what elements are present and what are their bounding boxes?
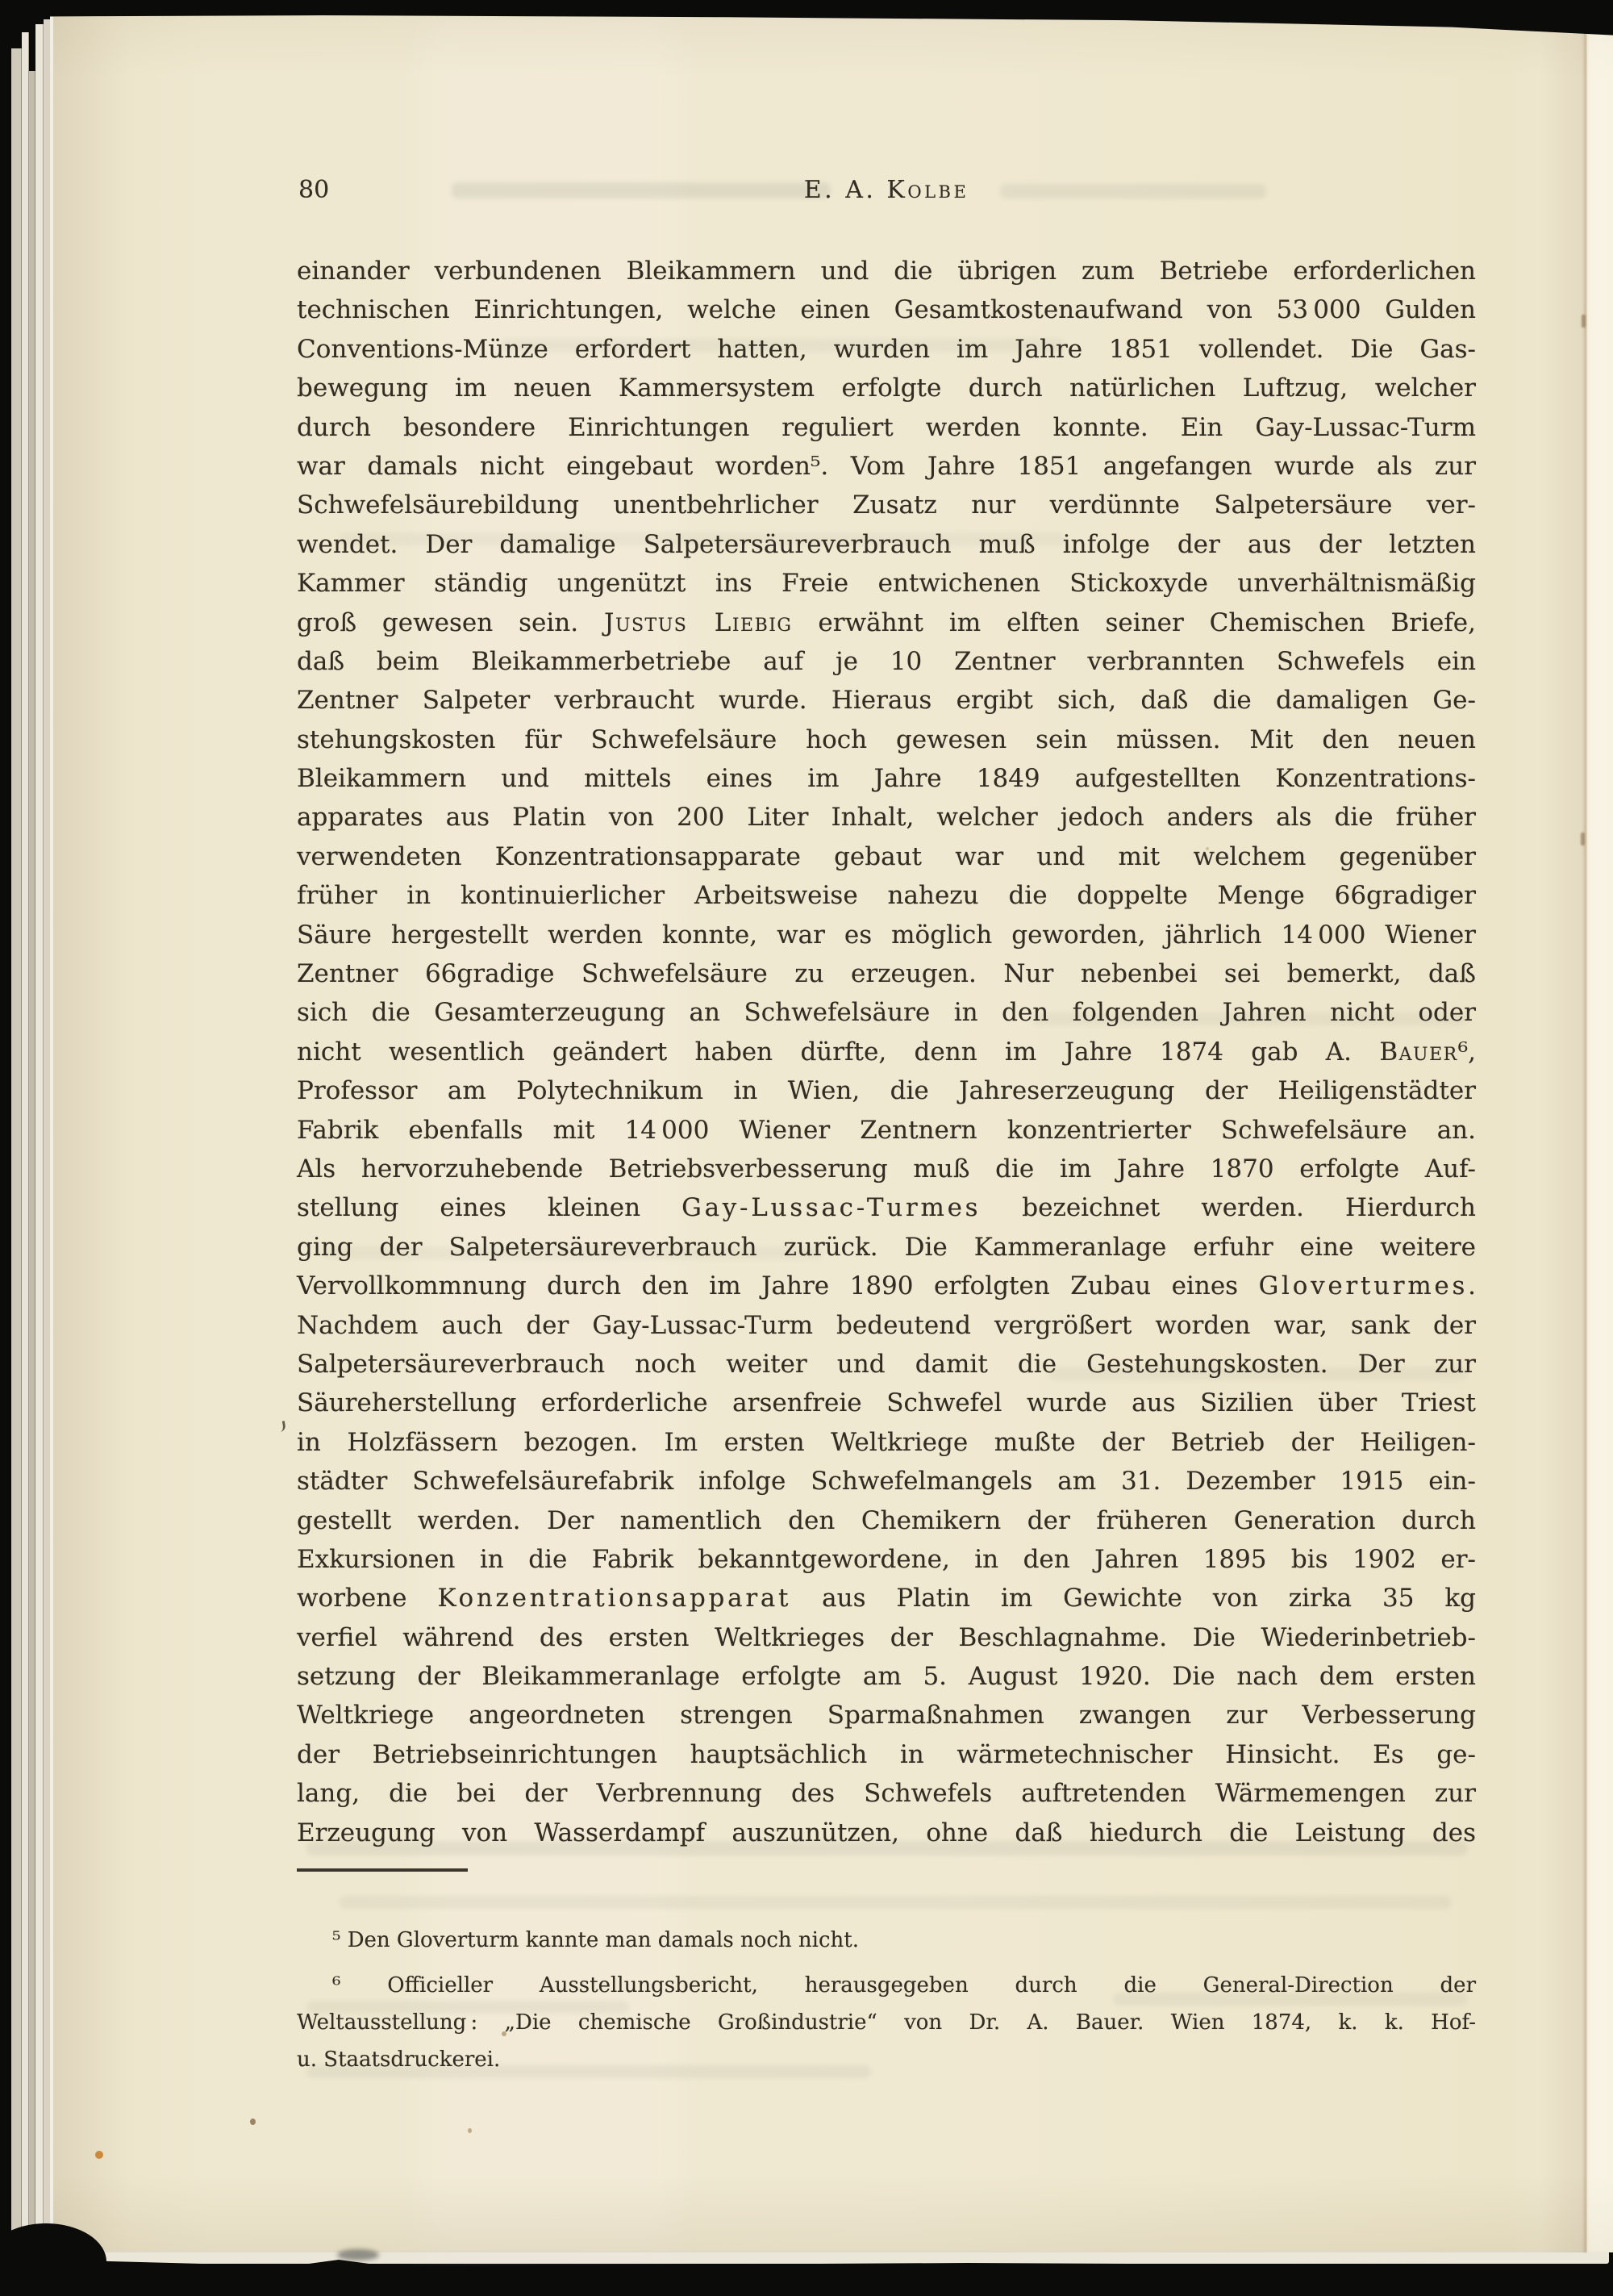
text-line: in Holzfässern bezogen. Im ersten Weltkr… — [297, 1423, 1476, 1462]
text-line: einander verbundenen Bleikammern und die… — [297, 252, 1476, 290]
text-line: Erzeugung von Wasserdampf auszunützen, o… — [297, 1814, 1476, 1852]
text-line: gestellt werden. Der namentlich den Chem… — [297, 1501, 1476, 1540]
text-line: Zentner Salpeter verbraucht wurde. Hiera… — [297, 681, 1476, 720]
gutter-highlight — [1587, 10, 1613, 2252]
foxing-speck — [95, 2151, 103, 2159]
text-line: u. Staatsdruckerei. — [297, 2041, 1476, 2078]
crease-nick — [1581, 833, 1585, 845]
text-line: daß beim Bleikammerbetriebe auf je 10 Ze… — [297, 642, 1476, 681]
scanned-book-page: 80 E. A. Kolbe einander verbundenen Blei… — [0, 0, 1613, 2296]
text-line: Zentner 66gradige Schwefelsäure zu erzeu… — [297, 954, 1476, 993]
page-header: 80 E. A. Kolbe — [297, 176, 1476, 208]
text-line: Kammer ständig ungenützt ins Freie entwi… — [297, 564, 1476, 603]
scan-border-left — [0, 0, 11, 2296]
edge-smudge — [337, 2249, 379, 2261]
text-line: ging der Salpetersäureverbrauch zurück. … — [297, 1228, 1476, 1267]
text-line: sich die Gesamterzeugung an Schwefelsäur… — [297, 993, 1476, 1032]
text-line: Weltausstellung : „Die chemische Großind… — [297, 2004, 1476, 2041]
show-through-mark — [339, 1896, 1452, 1909]
text-line: früher in kontinuierlicher Arbeitsweise … — [297, 876, 1476, 915]
text-line: nicht wesentlich geändert haben dürfte, … — [297, 1033, 1476, 1071]
gutter-shadow — [1539, 10, 1586, 2252]
crease-nick — [1582, 315, 1586, 328]
page-edge — [11, 48, 22, 2259]
text-line: durch besondere Einrichtungen reguliert … — [297, 408, 1476, 447]
text-line: bewegung im neuen Kammersystem erfolgte … — [297, 369, 1476, 407]
text-line: Als hervorzuhebende Betriebsverbesserung… — [297, 1150, 1476, 1188]
text-line: ⁶ Officieller Ausstellungsbericht, herau… — [297, 1967, 1476, 2004]
page-number: 80 — [298, 176, 329, 204]
text-line: Salpetersäureverbrauch noch weiter und d… — [297, 1345, 1476, 1384]
text-line: stellung eines kleinen Gay-Lussac-Turmes… — [297, 1188, 1476, 1227]
text-line: worbene Konzentrationsapparat aus Platin… — [297, 1579, 1476, 1618]
footnote-separator — [297, 1868, 468, 1872]
foxing-speck — [250, 2119, 256, 2125]
body-text: einander verbundenen Bleikammern und die… — [297, 252, 1476, 1852]
text-line: Fabrik ebenfalls mit 14 000 Wiener Zentn… — [297, 1111, 1476, 1150]
page-edge-bottom — [77, 2251, 1609, 2264]
text-line: Nachdem auch der Gay-Lussac-Turm bedeute… — [297, 1306, 1476, 1345]
text-line: Säure hergestellt werden konnte, war es … — [297, 916, 1476, 954]
text-line: lang, die bei der Verbrennung des Schwef… — [297, 1774, 1476, 1813]
page-edge — [22, 32, 29, 2263]
text-line: verfiel während des ersten Weltkrieges d… — [297, 1618, 1476, 1657]
text-line: Weltkriege angeordneten strengen Sparmaß… — [297, 1696, 1476, 1735]
text-line: Schwefelsäurebildung unentbehrlicher Zus… — [297, 486, 1476, 524]
running-header: E. A. Kolbe — [804, 176, 969, 204]
text-line: Säureherstellung erforderliche arsenfrei… — [297, 1384, 1476, 1422]
text-line: städter Schwefelsäurefabrik infolge Schw… — [297, 1462, 1476, 1501]
text-line: groß gewesen sein. Justus Liebig erwähnt… — [297, 603, 1476, 642]
text-line: war damals nicht eingebaut worden⁵. Vom … — [297, 447, 1476, 486]
text-line: Exkursionen in die Fabrik bekanntgeworde… — [297, 1540, 1476, 1579]
text-line: technischen Einrichtungen, welche einen … — [297, 290, 1476, 329]
footnotes: ⁵ Den Gloverturm kannte man damals noch … — [297, 1922, 1476, 2078]
page-edge — [35, 24, 44, 2264]
text-line: setzung der Bleikammeranlage erfolgte am… — [297, 1657, 1476, 1696]
text-line: Vervollkommnung durch den im Jahre 1890 … — [297, 1267, 1476, 1305]
text-line: der Betriebseinrichtungen hauptsächlich … — [297, 1735, 1476, 1774]
text-line: wendet. Der damalige Salpetersäureverbra… — [297, 525, 1476, 564]
text-line: ⁵ Den Gloverturm kannte man damals noch … — [297, 1922, 1476, 1959]
foxing-speck — [468, 2128, 472, 2133]
text-line: verwendeten Konzentrationsapparate gebau… — [297, 837, 1476, 876]
text-line: stehungskosten für Schwefelsäure hoch ge… — [297, 720, 1476, 759]
text-line: Professor am Polytechnikum in Wien, die … — [297, 1071, 1476, 1110]
text-line: Conventions-Münze erfordert hatten, wurd… — [297, 330, 1476, 369]
text-line: apparates aus Platin von 200 Liter Inhal… — [297, 798, 1476, 837]
text-line: Bleikammern und mittels eines im Jahre 1… — [297, 759, 1476, 798]
page-edge — [29, 71, 35, 2257]
